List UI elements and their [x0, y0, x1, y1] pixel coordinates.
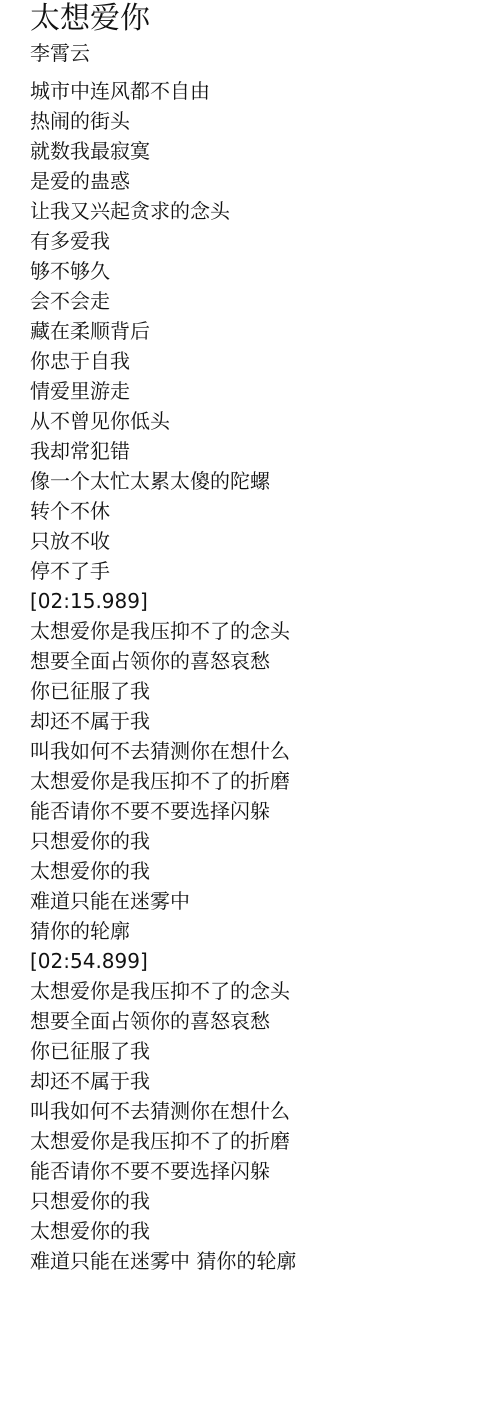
lyric-line: 却还不属于我 [30, 706, 490, 736]
lyric-line: 想要全面占领你的喜怒哀愁 [30, 646, 490, 676]
lyric-line: 你已征服了我 [30, 1036, 490, 1066]
lyric-line: 热闹的街头 [30, 106, 490, 136]
lyric-line: 太想爱你是我压抑不了的折磨 [30, 1126, 490, 1156]
lyric-line: 像一个太忙太累太傻的陀螺 [30, 466, 490, 496]
lyric-line: 叫我如何不去猜测你在想什么 [30, 736, 490, 766]
lyric-line: 太想爱你是我压抑不了的念头 [30, 976, 490, 1006]
lyric-line: 叫我如何不去猜测你在想什么 [30, 1096, 490, 1126]
lyric-line: 会不会走 [30, 286, 490, 316]
lyric-line: 我却常犯错 [30, 436, 490, 466]
lyrics-page: 太想爱你 李霄云 城市中连风都不自由 热闹的街头 就数我最寂寞 是爱的蛊惑 让我… [30, 0, 490, 1276]
lyric-line: 藏在柔顺背后 [30, 316, 490, 346]
lyric-line: 能否请你不要不要选择闪躲 [30, 1156, 490, 1186]
lyric-line: 你已征服了我 [30, 676, 490, 706]
lyric-line: 太想爱你是我压抑不了的折磨 [30, 766, 490, 796]
lyric-line: 停不了手 [30, 556, 490, 586]
lyric-line: 想要全面占领你的喜怒哀愁 [30, 1006, 490, 1036]
lyric-line: 有多爱我 [30, 226, 490, 256]
timestamp-marker: [02:15.989] [30, 586, 490, 616]
artist-name: 李霄云 [30, 38, 490, 68]
lyric-line: 太想爱你的我 [30, 1216, 490, 1246]
song-title: 太想爱你 [30, 0, 490, 38]
lyric-line: 从不曾见你低头 [30, 406, 490, 436]
lyric-line: 就数我最寂寞 [30, 136, 490, 166]
lyric-line: 是爱的蛊惑 [30, 166, 490, 196]
lyric-line: 却还不属于我 [30, 1066, 490, 1096]
lyric-line: 你忠于自我 [30, 346, 490, 376]
lyric-line: 太想爱你是我压抑不了的念头 [30, 616, 490, 646]
lyric-line: 转个不休 [30, 496, 490, 526]
lyric-line: 情爱里游走 [30, 376, 490, 406]
lyric-line: 难道只能在迷雾中 猜你的轮廓 [30, 1246, 490, 1276]
lyric-line: 能否请你不要不要选择闪躲 [30, 796, 490, 826]
lyric-line: 只想爱你的我 [30, 1186, 490, 1216]
lyric-line: 只想爱你的我 [30, 826, 490, 856]
lyric-line: 难道只能在迷雾中 [30, 886, 490, 916]
lyric-line: 猜你的轮廓 [30, 916, 490, 946]
lyric-line: 让我又兴起贪求的念头 [30, 196, 490, 226]
lyric-line: 够不够久 [30, 256, 490, 286]
lyrics-list: 城市中连风都不自由 热闹的街头 就数我最寂寞 是爱的蛊惑 让我又兴起贪求的念头 … [30, 76, 490, 1276]
timestamp-marker: [02:54.899] [30, 946, 490, 976]
lyric-line: 城市中连风都不自由 [30, 76, 490, 106]
lyric-line: 太想爱你的我 [30, 856, 490, 886]
lyric-line: 只放不收 [30, 526, 490, 556]
